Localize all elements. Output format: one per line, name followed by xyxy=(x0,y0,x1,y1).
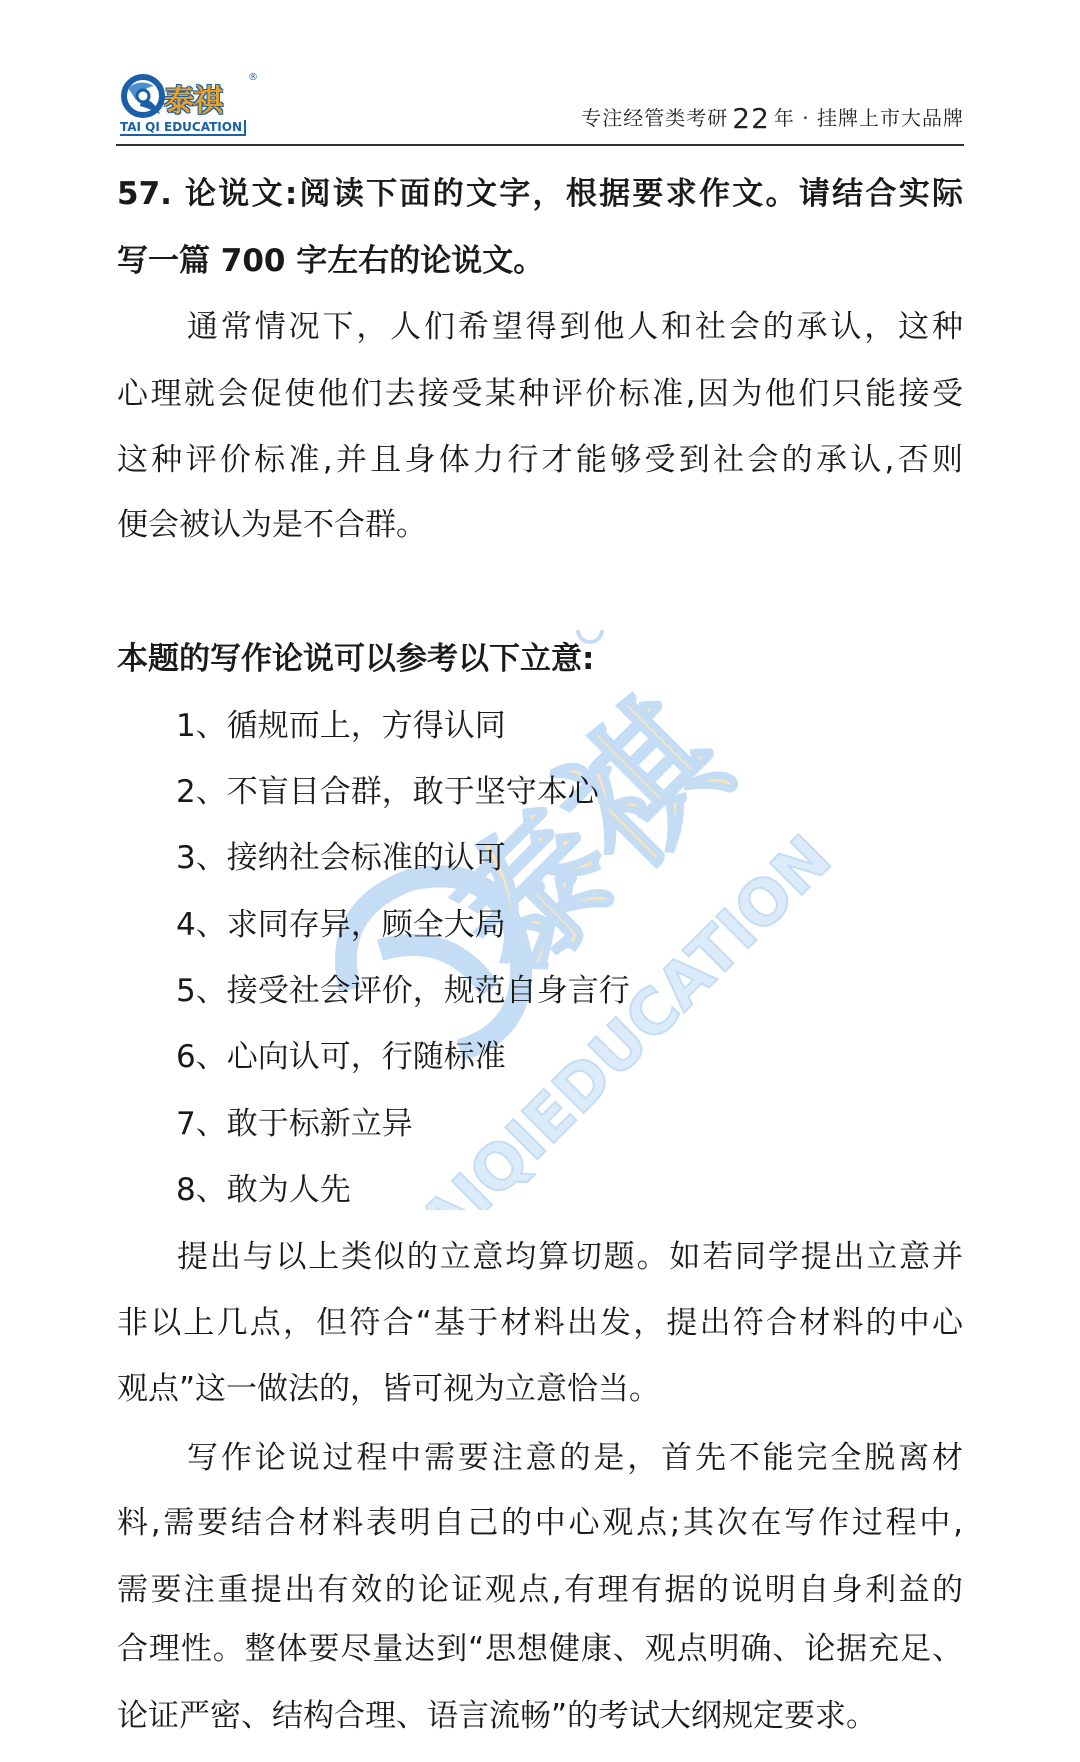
list-item: 8、敢为人先 xyxy=(176,1170,876,1210)
slogan-suffix: 年 · 挂牌上市大品牌 xyxy=(774,106,964,130)
list-item: 1、循规而上，方得认同 xyxy=(176,706,876,746)
note-line: 合理性。整体要尽量达到“思想健康、观点明确、论据充足、 xyxy=(117,1629,963,1669)
material-line: 通常情况下，人们希望得到他人和社会的承认，这种 xyxy=(117,307,963,347)
note-line: 论证严密、结构合理、语言流畅”的考试大纲规定要求。 xyxy=(117,1696,963,1736)
note-line: 提出与以上类似的立意均算切题。如若同学提出立意并 xyxy=(117,1237,963,1277)
list-item: 5、接受社会评价，规范自身言行 xyxy=(176,971,876,1011)
list-item: 6、心向认可，行随标准 xyxy=(176,1037,876,1077)
material-line: 心理就会促使他们去接受某种评价标准,因为他们只能接受 xyxy=(117,374,963,414)
note-line: 写作论说过程中需要注意的是，首先不能完全脱离材 xyxy=(117,1438,963,1478)
slogan-prefix: 专注经管类考研 xyxy=(581,106,728,130)
header-divider xyxy=(116,144,964,146)
note-line: 料,需要结合材料表明自己的中心观点;其次在写作过程中, xyxy=(117,1503,963,1543)
note-line: 非以上几点，但符合“基于材料出发，提出符合材料的中心 xyxy=(117,1303,963,1343)
list-item: 7、敢于标新立异 xyxy=(176,1104,876,1144)
swirl-logo-icon xyxy=(120,74,166,118)
material-line: 这种评价标准,并且身体力行才能够受到社会的承认,否则 xyxy=(117,440,963,480)
reference-heading: 本题的写作论说可以参考以下立意: xyxy=(117,639,963,679)
note-line: 观点”这一做法的，皆可视为立意恰当。 xyxy=(117,1369,963,1409)
logo-chinese-name: 泰祺 xyxy=(164,76,222,120)
svg-text:TAIQIEDUCATION: TAIQIEDUCATION xyxy=(378,821,845,1210)
list-item: 2、不盲目合群，敢于坚守本心 xyxy=(176,772,876,812)
material-line: 便会被认为是不合群。 xyxy=(117,505,963,545)
list-item: 3、接纳社会标准的认可 xyxy=(176,838,876,878)
slogan-years: 22 xyxy=(732,102,770,135)
question-line: 57. 论说文:阅读下面的文字，根据要求作文。请结合实际 xyxy=(117,174,963,214)
registered-mark: ® xyxy=(248,72,258,83)
list-item: 4、求同存异，顾全大局 xyxy=(176,905,876,945)
header-slogan: 专注经管类考研22年 · 挂牌上市大品牌 xyxy=(581,102,964,135)
question-line: 写一篇 700 字左右的论说文。 xyxy=(117,241,963,281)
note-line: 需要注重提出有效的论证观点,有理有据的说明自身利益的 xyxy=(117,1570,963,1610)
page-header: 泰祺 ® TAI QI EDUCATION 专注经管类考研22年 · 挂牌上市大… xyxy=(116,72,964,146)
taiqi-logo: 泰祺 ® TAI QI EDUCATION xyxy=(120,72,270,140)
logo-english-name: TAI QI EDUCATION xyxy=(120,120,246,136)
